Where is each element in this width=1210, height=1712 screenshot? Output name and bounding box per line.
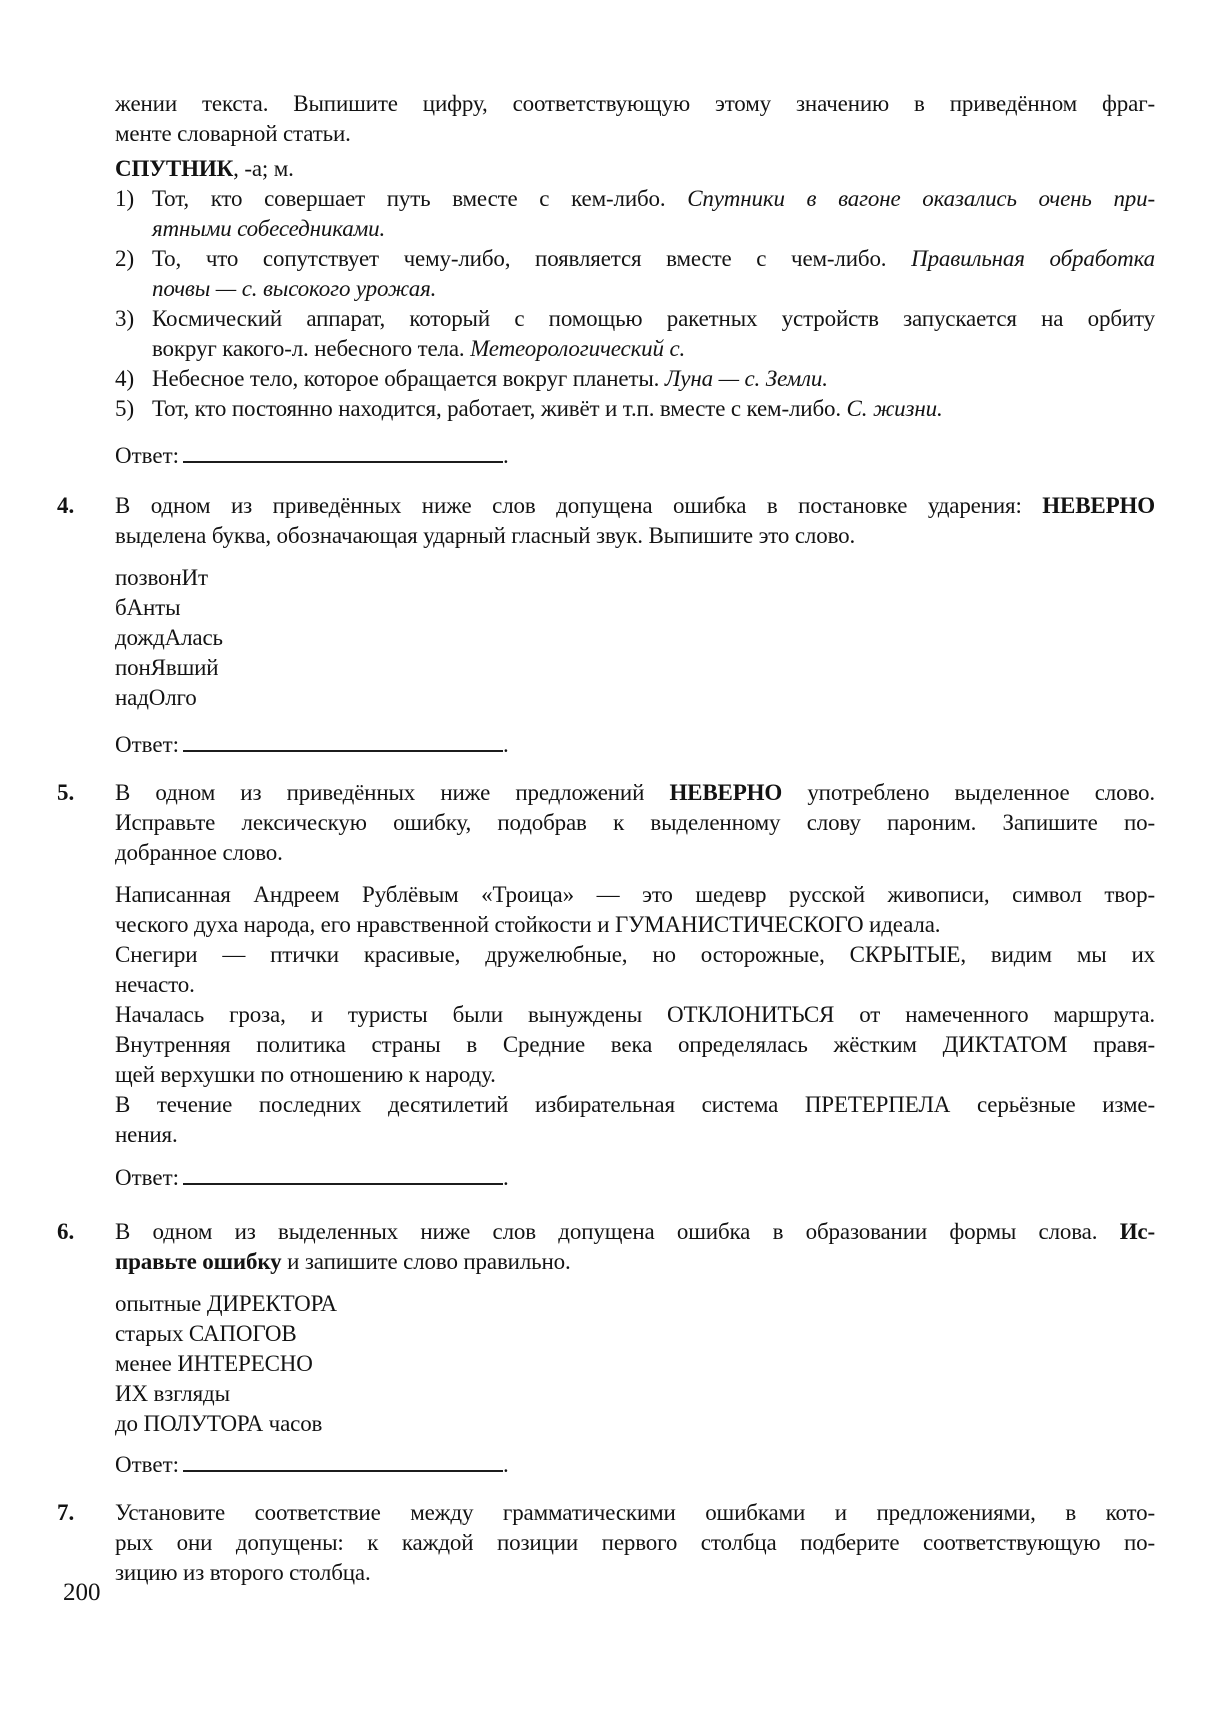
word-option: бАнты <box>115 593 1155 623</box>
sentence-paragraph: Написанная Андреем Рублёвым «Троица» — э… <box>115 880 1155 940</box>
question-text: В одном из выделенных ниже слов допущена… <box>115 1217 1155 1277</box>
text-line: Исправьте лексическую ошибку, подобрав к… <box>115 808 1155 838</box>
word-list: позвонИтбАнтыдождАласьпонЯвшийнадОлго <box>115 563 1155 713</box>
text: вокруг какого-л. небесного тела. <box>152 336 470 361</box>
dictionary-sense-3: 3) Космический аппарат, который с помощь… <box>115 304 1155 364</box>
answer-blank-line <box>183 1449 503 1472</box>
question-number: 5. <box>57 778 74 808</box>
sense-number: 3) <box>115 304 152 364</box>
text-line: зицию из второго столбца. <box>115 1558 1155 1588</box>
answer-label: Ответ: <box>115 1452 179 1477</box>
answer-label: Ответ: <box>115 1165 179 1190</box>
sense-text: То, что сопутствует чему-либо, появляетс… <box>152 244 1155 304</box>
bold-text: СПУТНИК <box>115 156 233 181</box>
text: Началась гроза, и туристы были вынуждены… <box>115 1002 1155 1027</box>
question-text: В одном из приведённых ниже предложений … <box>115 778 1155 868</box>
text-line: Началась гроза, и туристы были вынуждены… <box>115 1000 1155 1030</box>
text-line: Тот, кто постоянно находится, работает, … <box>152 394 1155 424</box>
bold-text: НЕВЕРНО <box>669 780 782 805</box>
answer-blank-line <box>183 1162 503 1185</box>
sentence-list: Написанная Андреем Рублёвым «Троица» — э… <box>115 880 1155 1150</box>
text-line: ятными собеседниками. <box>152 214 1155 244</box>
text-line: правьте ошибку и запишите слово правильн… <box>115 1247 1155 1277</box>
text-line: В одном из приведённых ниже предложений … <box>115 778 1155 808</box>
dictionary-sense-5: 5) Тот, кто постоянно находится, работае… <box>115 394 1155 424</box>
answer-period: . <box>503 443 509 468</box>
text-line: Установите соответствие между грамматиче… <box>115 1498 1155 1528</box>
text-line: Написанная Андреем Рублёвым «Троица» — э… <box>115 880 1155 910</box>
answer-row-task3: Ответ:. <box>115 440 1155 471</box>
text: , -а; м. <box>233 156 294 181</box>
sentence-paragraph: В течение последних десятилетий избирате… <box>115 1090 1155 1150</box>
italic-text: Правильная обработка <box>911 246 1155 271</box>
text-line: почвы — с. высокого урожая. <box>152 274 1155 304</box>
text-line: ческого духа народа, его нравственной ст… <box>115 910 1155 940</box>
text-line: выделена буква, обозначающая ударный гла… <box>115 521 1155 551</box>
italic-text: почвы — с. высокого урожая. <box>152 276 436 301</box>
text: Тот, кто совершает путь вместе с кем-либ… <box>152 186 687 211</box>
text: рых они допущены: к каждой позиции перво… <box>115 1530 1155 1555</box>
text: нечасто. <box>115 972 195 997</box>
text-line: Снегири — птички красивые, дружелюбные, … <box>115 940 1155 970</box>
italic-text: Метеорологический с. <box>470 336 685 361</box>
sense-number: 2) <box>115 244 152 304</box>
text: Снегири — птички красивые, дружелюбные, … <box>115 942 1155 967</box>
answer-blank-line <box>183 440 503 463</box>
text-line: В течение последних десятилетий избирате… <box>115 1090 1155 1120</box>
answer-label: Ответ: <box>115 732 179 757</box>
text: ческого духа народа, его нравственной ст… <box>115 912 940 937</box>
italic-text: Спутники в вагоне оказались очень при- <box>687 186 1155 211</box>
text: В одном из приведённых ниже предложений <box>115 780 669 805</box>
answer-period: . <box>503 1165 509 1190</box>
text-line: СПУТНИК, -а; м. <box>115 154 1155 184</box>
text: В течение последних десятилетий избирате… <box>115 1092 1155 1117</box>
text: менте словарной статьи. <box>115 121 351 146</box>
word-option: надОлго <box>115 683 1155 713</box>
bold-text: правьте ошибку <box>115 1249 282 1274</box>
dictionary-entry: СПУТНИК, -а; м. 1) Тот, кто совершает пу… <box>115 154 1155 424</box>
answer-label: Ответ: <box>115 443 179 468</box>
bold-text: Ис- <box>1120 1219 1155 1244</box>
word-option: менее ИНТЕРЕСНО <box>115 1349 1155 1379</box>
text: Внутренняя политика страны в Средние век… <box>115 1032 1155 1057</box>
text-line: нения. <box>115 1120 1155 1150</box>
dictionary-sense-2: 2) То, что сопутствует чему-либо, появля… <box>115 244 1155 304</box>
text-line: Космический аппарат, который с помощью р… <box>152 304 1155 334</box>
question-number: 7. <box>57 1498 74 1528</box>
book-page: жении текста. Выпишите цифру, соответств… <box>0 0 1210 1712</box>
word-list: опытные ДИРЕКТОРАстарых САПОГОВменее ИНТ… <box>115 1289 1155 1439</box>
answer-row-task4: Ответ:. <box>115 729 1155 760</box>
intro-paragraph: жении текста. Выпишите цифру, соответств… <box>115 89 1155 149</box>
question-text: В одном из приведённых ниже слов допущен… <box>115 491 1155 551</box>
bold-text: НЕВЕРНО <box>1042 493 1155 518</box>
answer-period: . <box>503 732 509 757</box>
text-line: В одном из выделенных ниже слов допущена… <box>115 1217 1155 1247</box>
sentence-paragraph: Снегири — птички красивые, дружелюбные, … <box>115 940 1155 1000</box>
text: В одном из выделенных ниже слов допущена… <box>115 1219 1120 1244</box>
question-7: 7. Установите соответствие между граммат… <box>115 1498 1155 1588</box>
text: жении текста. Выпишите цифру, соответств… <box>115 91 1155 116</box>
sense-text: Тот, кто совершает путь вместе с кем-либ… <box>152 184 1155 244</box>
text: Исправьте лексическую ошибку, подобрав к… <box>115 810 1155 835</box>
italic-text: С. жизни. <box>847 396 943 421</box>
text-line: Тот, кто совершает путь вместе с кем-либ… <box>152 184 1155 214</box>
question-text: Установите соответствие между грамматиче… <box>115 1498 1155 1588</box>
text: выделена буква, обозначающая ударный гла… <box>115 523 855 548</box>
text: В одном из приведённых ниже слов допущен… <box>115 493 1042 518</box>
text: добранное слово. <box>115 840 283 865</box>
text: Небесное тело, которое обращается вокруг… <box>152 366 665 391</box>
word-option: опытные ДИРЕКТОРА <box>115 1289 1155 1319</box>
question-6: 6. В одном из выделенных ниже слов допущ… <box>115 1217 1155 1480</box>
text: Космический аппарат, который с помощью р… <box>152 306 1155 331</box>
dictionary-sense-1: 1) Тот, кто совершает путь вместе с кем-… <box>115 184 1155 244</box>
sense-number: 1) <box>115 184 152 244</box>
text-line: жении текста. Выпишите цифру, соответств… <box>115 89 1155 119</box>
question-number: 6. <box>57 1217 74 1247</box>
text: Написанная Андреем Рублёвым «Троица» — э… <box>115 882 1155 907</box>
word-option: понЯвший <box>115 653 1155 683</box>
text-line: То, что сопутствует чему-либо, появляетс… <box>152 244 1155 274</box>
sentence-paragraph: Началась гроза, и туристы были вынуждены… <box>115 1000 1155 1030</box>
text: То, что сопутствует чему-либо, появляетс… <box>152 246 911 271</box>
italic-text: ятными собеседниками. <box>152 216 385 241</box>
text: щей верхушки по отношению к народу. <box>115 1062 496 1087</box>
text-line: Внутренняя политика страны в Средние век… <box>115 1030 1155 1060</box>
italic-text: Луна — с. Земли. <box>665 366 828 391</box>
answer-period: . <box>503 1452 509 1477</box>
text-line: вокруг какого-л. небесного тела. Метеоро… <box>152 334 1155 364</box>
sense-text: Космический аппарат, который с помощью р… <box>152 304 1155 364</box>
text: и запишите слово правильно. <box>282 1249 571 1274</box>
text: Установите соответствие между грамматиче… <box>115 1500 1155 1525</box>
sense-number: 4) <box>115 364 152 394</box>
text: Тот, кто постоянно находится, работает, … <box>152 396 847 421</box>
answer-row-task5: Ответ:. <box>115 1162 1155 1193</box>
text: зицию из второго столбца. <box>115 1560 371 1585</box>
dictionary-headword-line: СПУТНИК, -а; м. <box>115 154 1155 184</box>
sense-text: Небесное тело, которое обращается вокруг… <box>152 364 1155 394</box>
question-5: 5. В одном из приведённых ниже предложен… <box>115 778 1155 1193</box>
question-number: 4. <box>57 491 74 521</box>
dictionary-sense-4: 4) Небесное тело, которое обращается вок… <box>115 364 1155 394</box>
text: нения. <box>115 1122 178 1147</box>
word-option: позвонИт <box>115 563 1155 593</box>
text-line: В одном из приведённых ниже слов допущен… <box>115 491 1155 521</box>
text-line: рых они допущены: к каждой позиции перво… <box>115 1528 1155 1558</box>
sense-text: Тот, кто постоянно находится, работает, … <box>152 394 1155 424</box>
answer-blank-line <box>183 729 503 752</box>
word-option: ИХ взгляды <box>115 1379 1155 1409</box>
page-content: жении текста. Выпишите цифру, соответств… <box>115 89 1155 1588</box>
word-option: до ПОЛУТОРА часов <box>115 1409 1155 1439</box>
sentence-paragraph: Внутренняя политика страны в Средние век… <box>115 1030 1155 1090</box>
word-option: дождАлась <box>115 623 1155 653</box>
text: употреблено выделенное слово. <box>782 780 1155 805</box>
page-number: 200 <box>63 1578 101 1608</box>
question-4: 4. В одном из приведённых ниже слов допу… <box>115 491 1155 760</box>
text-line: менте словарной статьи. <box>115 119 1155 149</box>
sense-number: 5) <box>115 394 152 424</box>
text-line: щей верхушки по отношению к народу. <box>115 1060 1155 1090</box>
text-line: нечасто. <box>115 970 1155 1000</box>
text-line: добранное слово. <box>115 838 1155 868</box>
word-option: старых САПОГОВ <box>115 1319 1155 1349</box>
answer-row-task6: Ответ:. <box>115 1449 1155 1480</box>
text-line: Небесное тело, которое обращается вокруг… <box>152 364 1155 394</box>
